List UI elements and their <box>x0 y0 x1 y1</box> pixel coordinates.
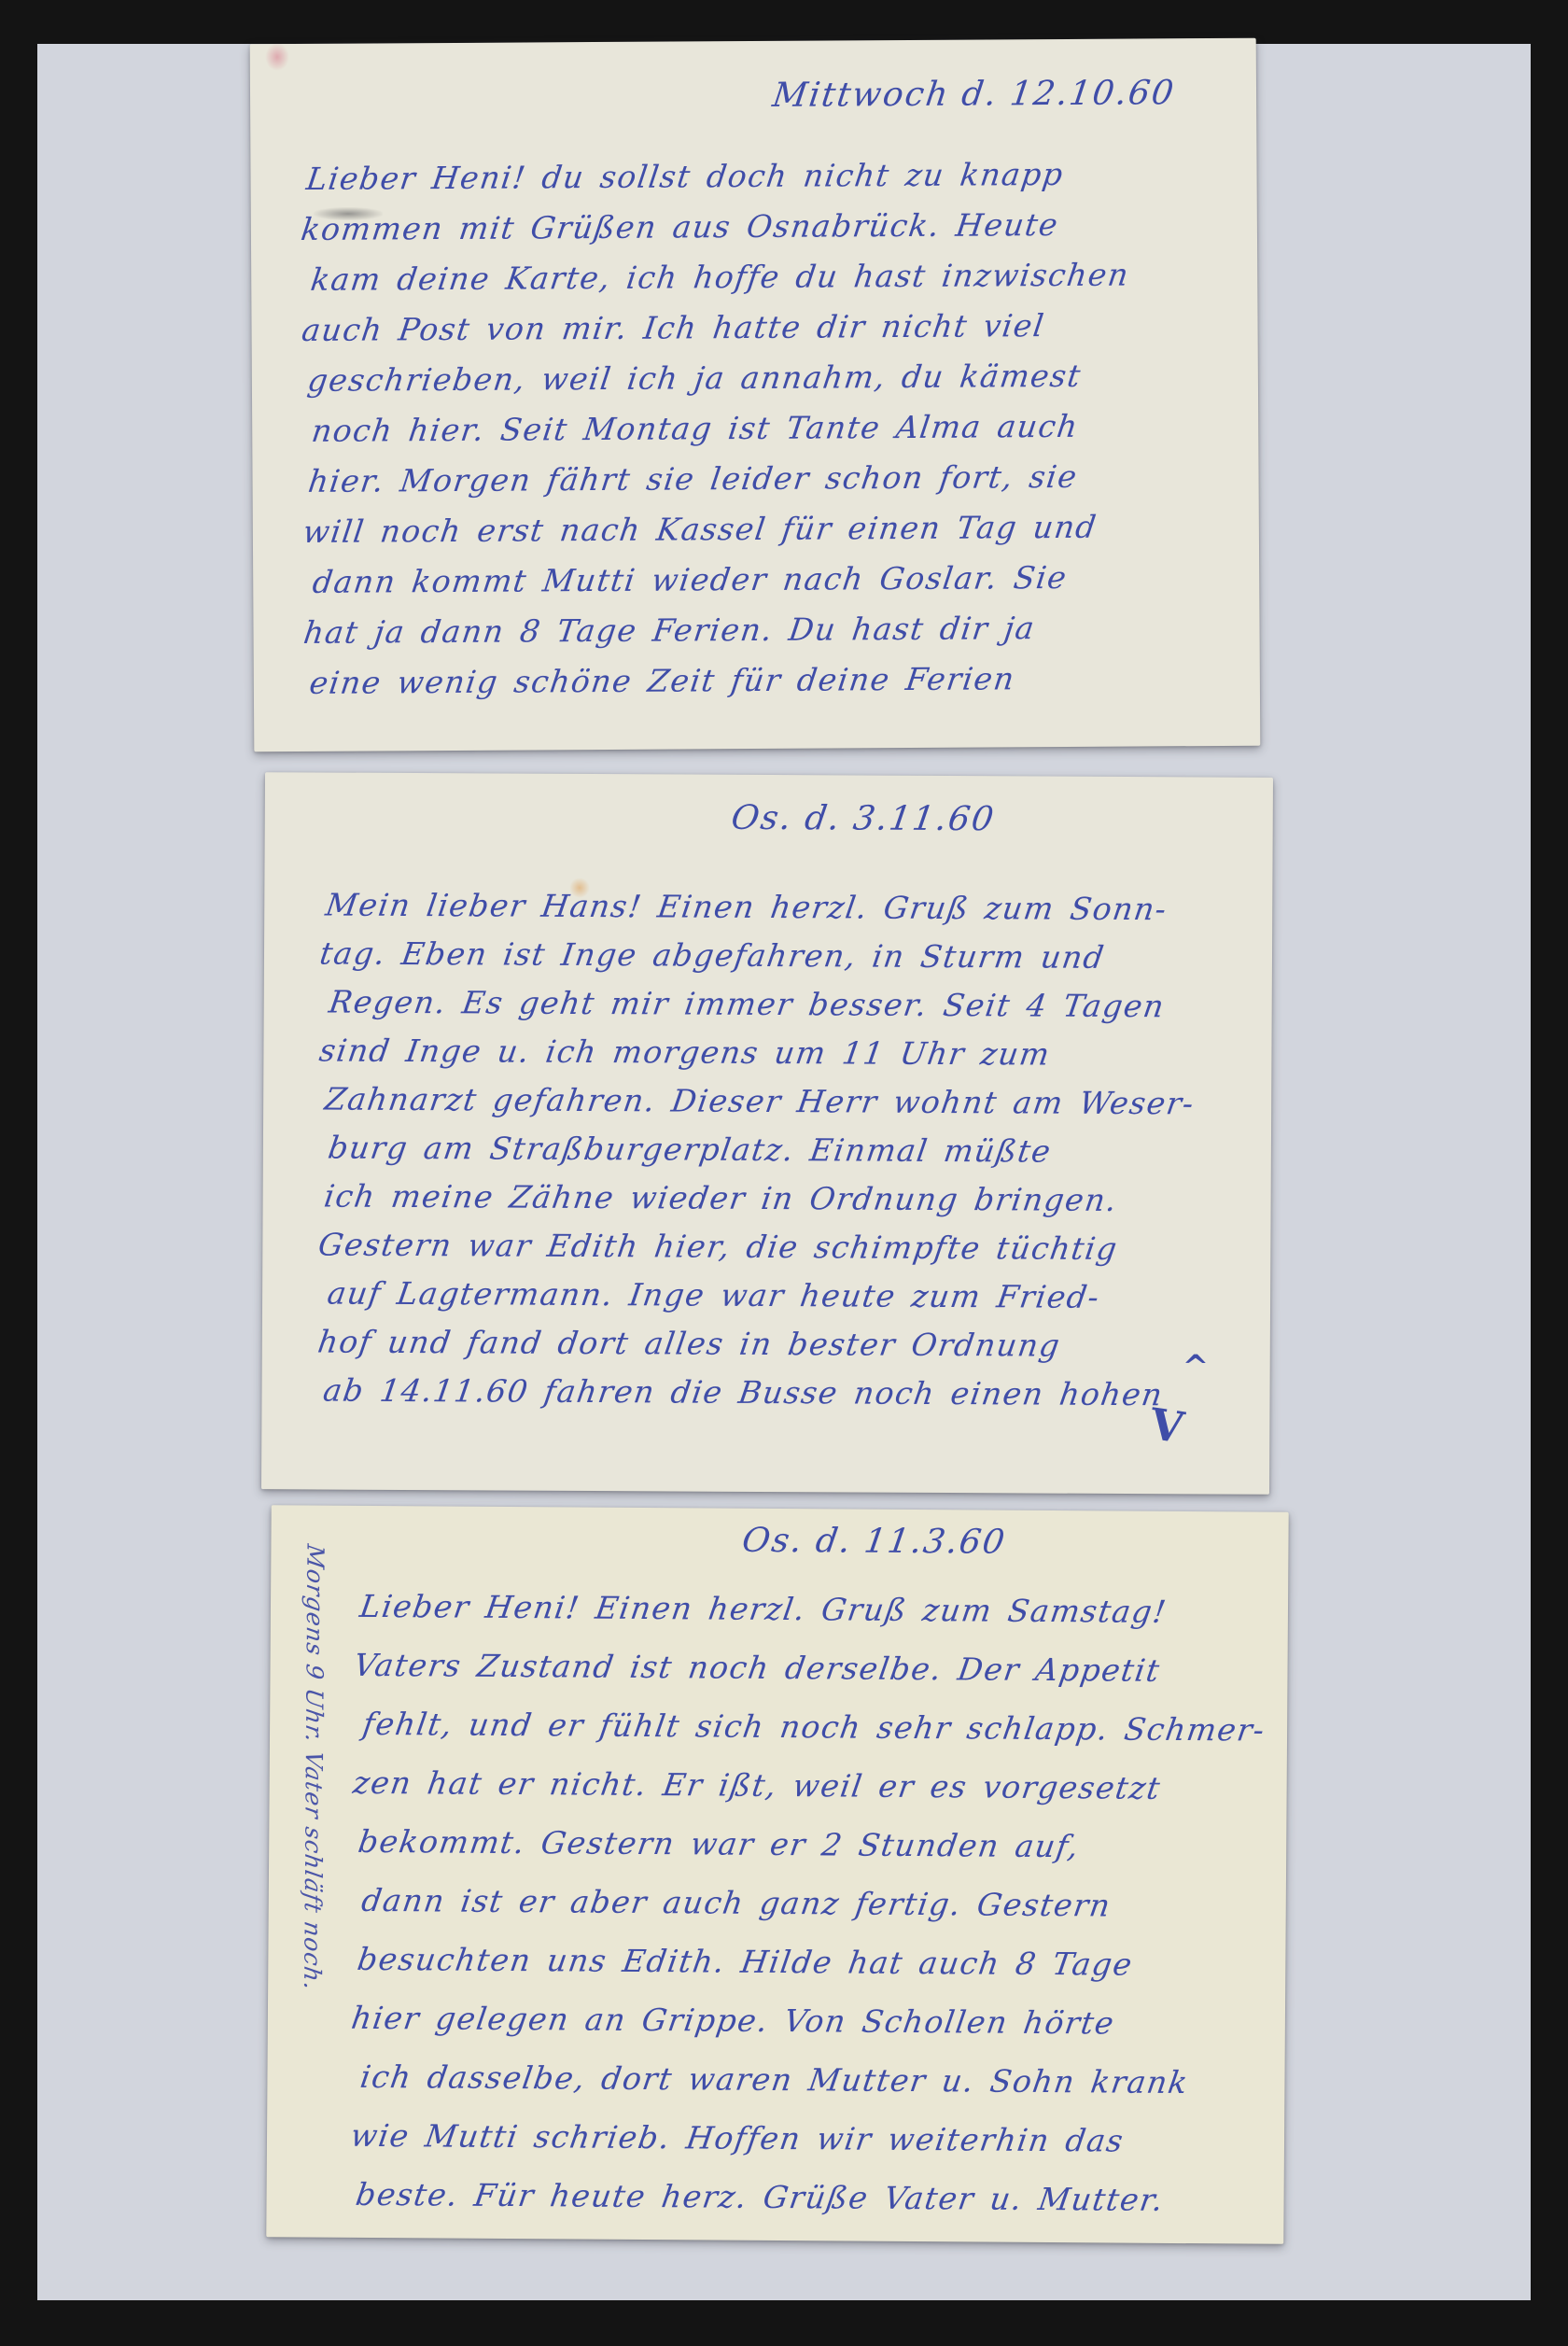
postcard-1: Mittwoch d. 12.10.60 Lieber Heni! du sol… <box>250 38 1261 752</box>
handwritten-line: hat ja dann 8 Tage Ferien. Du hast dir j… <box>301 602 1246 658</box>
postcard-1-date: Mittwoch d. 12.10.60 <box>770 74 1177 115</box>
postcard-3: Os. d. 11.3.60 Morgens 9 Uhr. Vater schl… <box>266 1505 1288 2244</box>
handwritten-line: eine wenig schöne Zeit für deine Ferien <box>306 653 1246 709</box>
handwritten-line: will noch erst nach Kassel für einen Tag… <box>300 501 1245 557</box>
handwritten-line: ich dasselbe, dort waren Mutter u. Sohn … <box>357 2047 1276 2113</box>
handwritten-line: dann ist er aber auch ganz fertig. Geste… <box>357 1871 1277 1936</box>
handwritten-line: Lieber Heni! Einen herzl. Gruß zum Samst… <box>356 1577 1279 1642</box>
handwritten-line: noch hier. Seit Montag ist Tante Alma au… <box>309 400 1245 457</box>
handwritten-line: hier gelegen an Grippe. Von Schollen hör… <box>347 1988 1276 2054</box>
handwritten-line: wie Mutti schrieb. Hoffen wir weiterhin … <box>346 2106 1275 2171</box>
postcard-1-body: Lieber Heni! du sollst doch nicht zu kna… <box>306 148 1243 709</box>
orange-stamp-residue <box>569 878 590 898</box>
handwritten-line: hof und fand dort alles in bester Ordnun… <box>315 1318 1261 1371</box>
handwritten-line: burg am Straßburgerplatz. Einmal müßte <box>325 1124 1262 1177</box>
postcard-3-date: Os. d. 11.3.60 <box>739 1522 1008 1562</box>
postcard-2-date: Os. d. 3.11.60 <box>729 799 998 838</box>
handwritten-line: tag. Eben ist Inge abgefahren, in Sturm … <box>316 930 1263 983</box>
handwritten-line: bekommt. Gestern war er 2 Stunden auf, <box>355 1812 1278 1877</box>
handwritten-line: besuchten uns Edith. Hilde hat auch 8 Ta… <box>354 1930 1277 1995</box>
handwritten-line: sind Inge u. ich morgens um 11 Uhr zum <box>316 1027 1263 1080</box>
pink-stamp-residue <box>265 43 289 71</box>
handwritten-line: kam deine Karte, ich hoffe du hast inzwi… <box>308 249 1244 305</box>
handwritten-line: auch Post von mir. Ich hatte dir nicht v… <box>299 300 1244 356</box>
handwritten-line: hier. Morgen fährt sie leider schon fort… <box>305 451 1245 507</box>
handwritten-line: beste. Für heute herz. Grüße Vater u. Mu… <box>352 2165 1275 2230</box>
handwritten-line: kommen mit Grüßen aus Osnabrück. Heute <box>298 199 1243 255</box>
postcard-3-body: Lieber Heni! Einen herzl. Gruß zum Samst… <box>356 1577 1275 2230</box>
handwritten-line: Regen. Es geht mir immer besser. Seit 4 … <box>326 978 1263 1032</box>
postcard-2: Os. d. 3.11.60 Mein lieber Hans! Einen h… <box>261 772 1273 1495</box>
handwritten-line: ab 14.11.60 fahren die Busse noch einen … <box>320 1367 1261 1420</box>
postcard-2-body: Mein lieber Hans! Einen herzl. Gruß zum … <box>323 881 1259 1420</box>
handwritten-line: fehlt, und er fühlt sich noch sehr schla… <box>358 1694 1278 1760</box>
handwritten-line: auf Lagtermann. Inge war heute zum Fried… <box>324 1270 1261 1323</box>
handwritten-line: Vaters Zustand ist noch derselbe. Der Ap… <box>350 1636 1279 1701</box>
handwritten-line: Lieber Heni! du sollst doch nicht zu kna… <box>303 148 1243 204</box>
handwritten-line: Gestern war Edith hier, die schimpfte tü… <box>315 1221 1262 1274</box>
handwritten-line: Zahnarzt gefahren. Dieser Herr wohnt am … <box>321 1075 1262 1129</box>
postcard-3-margin-note: Morgens 9 Uhr. Vater schläft noch. <box>299 1542 329 2069</box>
handwritten-line: Mein lieber Hans! Einen herzl. Gruß zum … <box>322 881 1263 934</box>
caret-mark: ^ <box>1183 1348 1210 1385</box>
check-mark: V <box>1147 1398 1187 1454</box>
gray-smudge <box>314 207 383 220</box>
handwritten-line: zen hat er nicht. Er ißt, weil er es vor… <box>349 1753 1278 1819</box>
handwritten-line: geschrieben, weil ich ja annahm, du käme… <box>304 350 1244 406</box>
handwritten-line: dann kommt Mutti wieder nach Goslar. Sie <box>310 552 1246 608</box>
handwritten-line: ich meine Zähne wieder in Ordnung bringe… <box>321 1173 1262 1226</box>
